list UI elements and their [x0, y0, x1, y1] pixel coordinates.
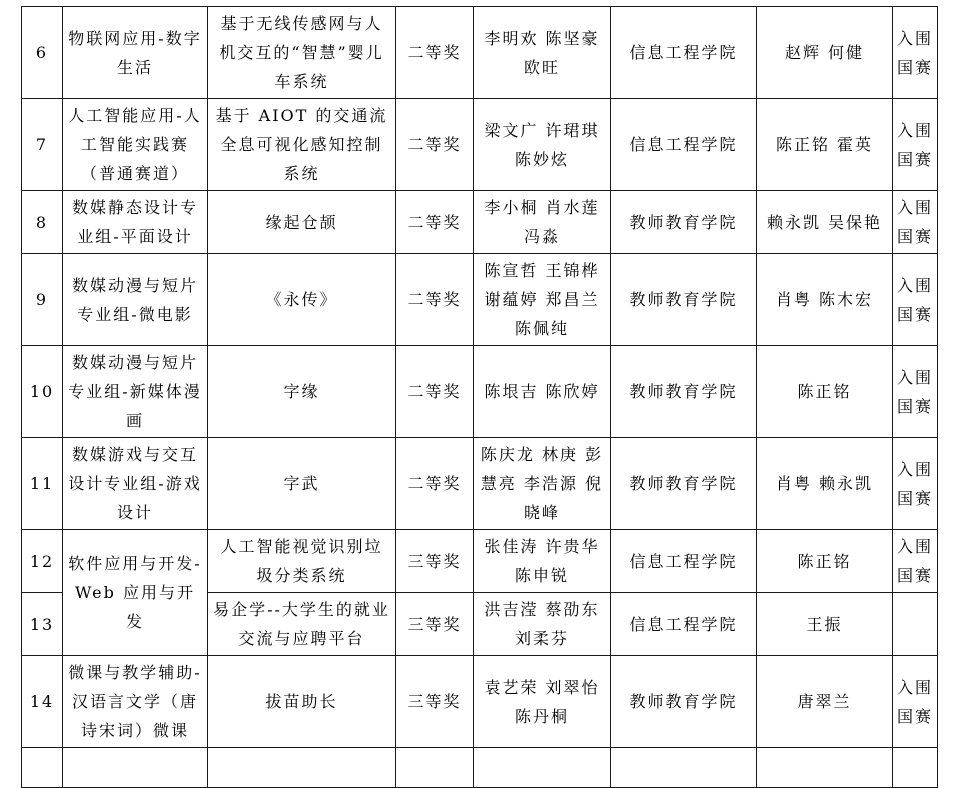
cell-national: 入围国赛 — [893, 99, 938, 191]
cell-college: 信息工程学院 — [611, 7, 757, 99]
cell-participants: 陈庆龙 林庚 彭慧亮 李浩源 倪晓峰 — [474, 438, 611, 530]
cell-national: 入围国赛 — [893, 254, 938, 346]
cell-num: 10 — [22, 346, 63, 438]
cell-project: 字武 — [208, 438, 396, 530]
cell-num: 11 — [22, 438, 63, 530]
cell-project: 基于无线传感网与人机交互的“智慧”婴儿车系统 — [208, 7, 396, 99]
table-row: 8数媒静态设计专业组-平面设计缘起仓颉二等奖李小桐 肖水莲 冯淼教师教育学院赖永… — [22, 191, 938, 254]
cell-award: 二等奖 — [396, 346, 474, 438]
cell-advisors: 陈正铭 — [757, 530, 893, 593]
cell-national: 入围国赛 — [893, 438, 938, 530]
cell-advisors: 肖粤 陈木宏 — [757, 254, 893, 346]
cell-category: 数媒动漫与短片专业组-微电影 — [63, 254, 208, 346]
cell-participants: 梁文广 许珺琪 陈妙炫 — [474, 99, 611, 191]
cell-category: 微课与教学辅助-汉语言文学（唐诗宋词）微课 — [63, 656, 208, 748]
cell-participants: 陈垠吉 陈欣婷 — [474, 346, 611, 438]
table-row: 7人工智能应用-人工智能实践赛（普通赛道）基于 AIOT 的交通流全息可视化感知… — [22, 99, 938, 191]
cell-category — [63, 748, 208, 788]
table-row: 14微课与教学辅助-汉语言文学（唐诗宋词）微课拔苗助长三等奖袁艺荣 刘翠怡 陈丹… — [22, 656, 938, 748]
cell-participants: 洪吉滢 蔡劭东 刘柔芬 — [474, 593, 611, 656]
cell-num: 14 — [22, 656, 63, 748]
cell-award: 二等奖 — [396, 438, 474, 530]
cell-national: 入围国赛 — [893, 656, 938, 748]
cell-advisors — [757, 748, 893, 788]
cell-advisors: 肖粤 赖永凯 — [757, 438, 893, 530]
cell-college: 信息工程学院 — [611, 530, 757, 593]
cell-project: 人工智能视觉识别垃圾分类系统 — [208, 530, 396, 593]
cell-national: 入围国赛 — [893, 7, 938, 99]
cell-category: 数媒游戏与交互设计专业组-游戏设计 — [63, 438, 208, 530]
cell-college — [611, 748, 757, 788]
cell-num: 8 — [22, 191, 63, 254]
cell-college: 信息工程学院 — [611, 593, 757, 656]
cell-project: 基于 AIOT 的交通流全息可视化感知控制系统 — [208, 99, 396, 191]
cell-advisors: 唐翠兰 — [757, 656, 893, 748]
cell-num: 7 — [22, 99, 63, 191]
cell-participants: 张佳涛 许贵华 陈申锐 — [474, 530, 611, 593]
cell-college: 教师教育学院 — [611, 191, 757, 254]
cell-num: 12 — [22, 530, 63, 593]
cell-award — [396, 748, 474, 788]
cell-award: 二等奖 — [396, 7, 474, 99]
cell-num: 13 — [22, 593, 63, 656]
cell-participants: 陈宣哲 王锦桦 谢蕴婷 郑昌兰 陈佩纯 — [474, 254, 611, 346]
cell-participants — [474, 748, 611, 788]
cell-award: 三等奖 — [396, 593, 474, 656]
cell-award: 二等奖 — [396, 191, 474, 254]
cell-advisors: 陈正铭 霍英 — [757, 99, 893, 191]
awards-table: 6物联网应用-数字生活基于无线传感网与人机交互的“智慧”婴儿车系统二等奖李明欢 … — [21, 6, 938, 788]
cell-award: 二等奖 — [396, 254, 474, 346]
cell-project: 拔苗助长 — [208, 656, 396, 748]
table-row: 6物联网应用-数字生活基于无线传感网与人机交互的“智慧”婴儿车系统二等奖李明欢 … — [22, 7, 938, 99]
cell-project: 《永传》 — [208, 254, 396, 346]
table-body: 6物联网应用-数字生活基于无线传感网与人机交互的“智慧”婴儿车系统二等奖李明欢 … — [22, 7, 938, 788]
cell-category: 数媒动漫与短片专业组-新媒体漫画 — [63, 346, 208, 438]
cell-college: 教师教育学院 — [611, 254, 757, 346]
cell-national: 入围国赛 — [893, 346, 938, 438]
cell-advisors: 王振 — [757, 593, 893, 656]
cell-national — [893, 748, 938, 788]
cell-category: 数媒静态设计专业组-平面设计 — [63, 191, 208, 254]
table-row: 9数媒动漫与短片专业组-微电影《永传》二等奖陈宣哲 王锦桦 谢蕴婷 郑昌兰 陈佩… — [22, 254, 938, 346]
cell-award: 二等奖 — [396, 99, 474, 191]
cell-college: 教师教育学院 — [611, 438, 757, 530]
cell-category: 物联网应用-数字生活 — [63, 7, 208, 99]
cell-project — [208, 748, 396, 788]
cell-participants: 李小桐 肖水莲 冯淼 — [474, 191, 611, 254]
cell-college: 信息工程学院 — [611, 99, 757, 191]
cell-num: 6 — [22, 7, 63, 99]
cell-college: 教师教育学院 — [611, 346, 757, 438]
cell-category: 人工智能应用-人工智能实践赛（普通赛道） — [63, 99, 208, 191]
cell-college: 教师教育学院 — [611, 656, 757, 748]
cell-project: 缘起仓颉 — [208, 191, 396, 254]
cell-participants: 李明欢 陈坚豪 欧旺 — [474, 7, 611, 99]
cell-advisors: 陈正铭 — [757, 346, 893, 438]
document-page: 6物联网应用-数字生活基于无线传感网与人机交互的“智慧”婴儿车系统二等奖李明欢 … — [21, 6, 937, 788]
cell-national — [893, 593, 938, 656]
cell-project: 字缘 — [208, 346, 396, 438]
cell-advisors: 赵辉 何健 — [757, 7, 893, 99]
cell-project: 易企学--大学生的就业交流与应聘平台 — [208, 593, 396, 656]
cell-num — [22, 748, 63, 788]
cell-award: 三等奖 — [396, 656, 474, 748]
table-row: 12软件应用与开发-Web 应用与开发人工智能视觉识别垃圾分类系统三等奖张佳涛 … — [22, 530, 938, 593]
table-row: 10数媒动漫与短片专业组-新媒体漫画字缘二等奖陈垠吉 陈欣婷教师教育学院陈正铭入… — [22, 346, 938, 438]
cell-national: 入围国赛 — [893, 530, 938, 593]
cell-national: 入围国赛 — [893, 191, 938, 254]
cell-category: 软件应用与开发-Web 应用与开发 — [63, 530, 208, 656]
cell-num: 9 — [22, 254, 63, 346]
cell-advisors: 赖永凯 吴保艳 — [757, 191, 893, 254]
table-row: 11数媒游戏与交互设计专业组-游戏设计字武二等奖陈庆龙 林庚 彭慧亮 李浩源 倪… — [22, 438, 938, 530]
table-row — [22, 748, 938, 788]
cell-participants: 袁艺荣 刘翠怡 陈丹桐 — [474, 656, 611, 748]
cell-award: 三等奖 — [396, 530, 474, 593]
